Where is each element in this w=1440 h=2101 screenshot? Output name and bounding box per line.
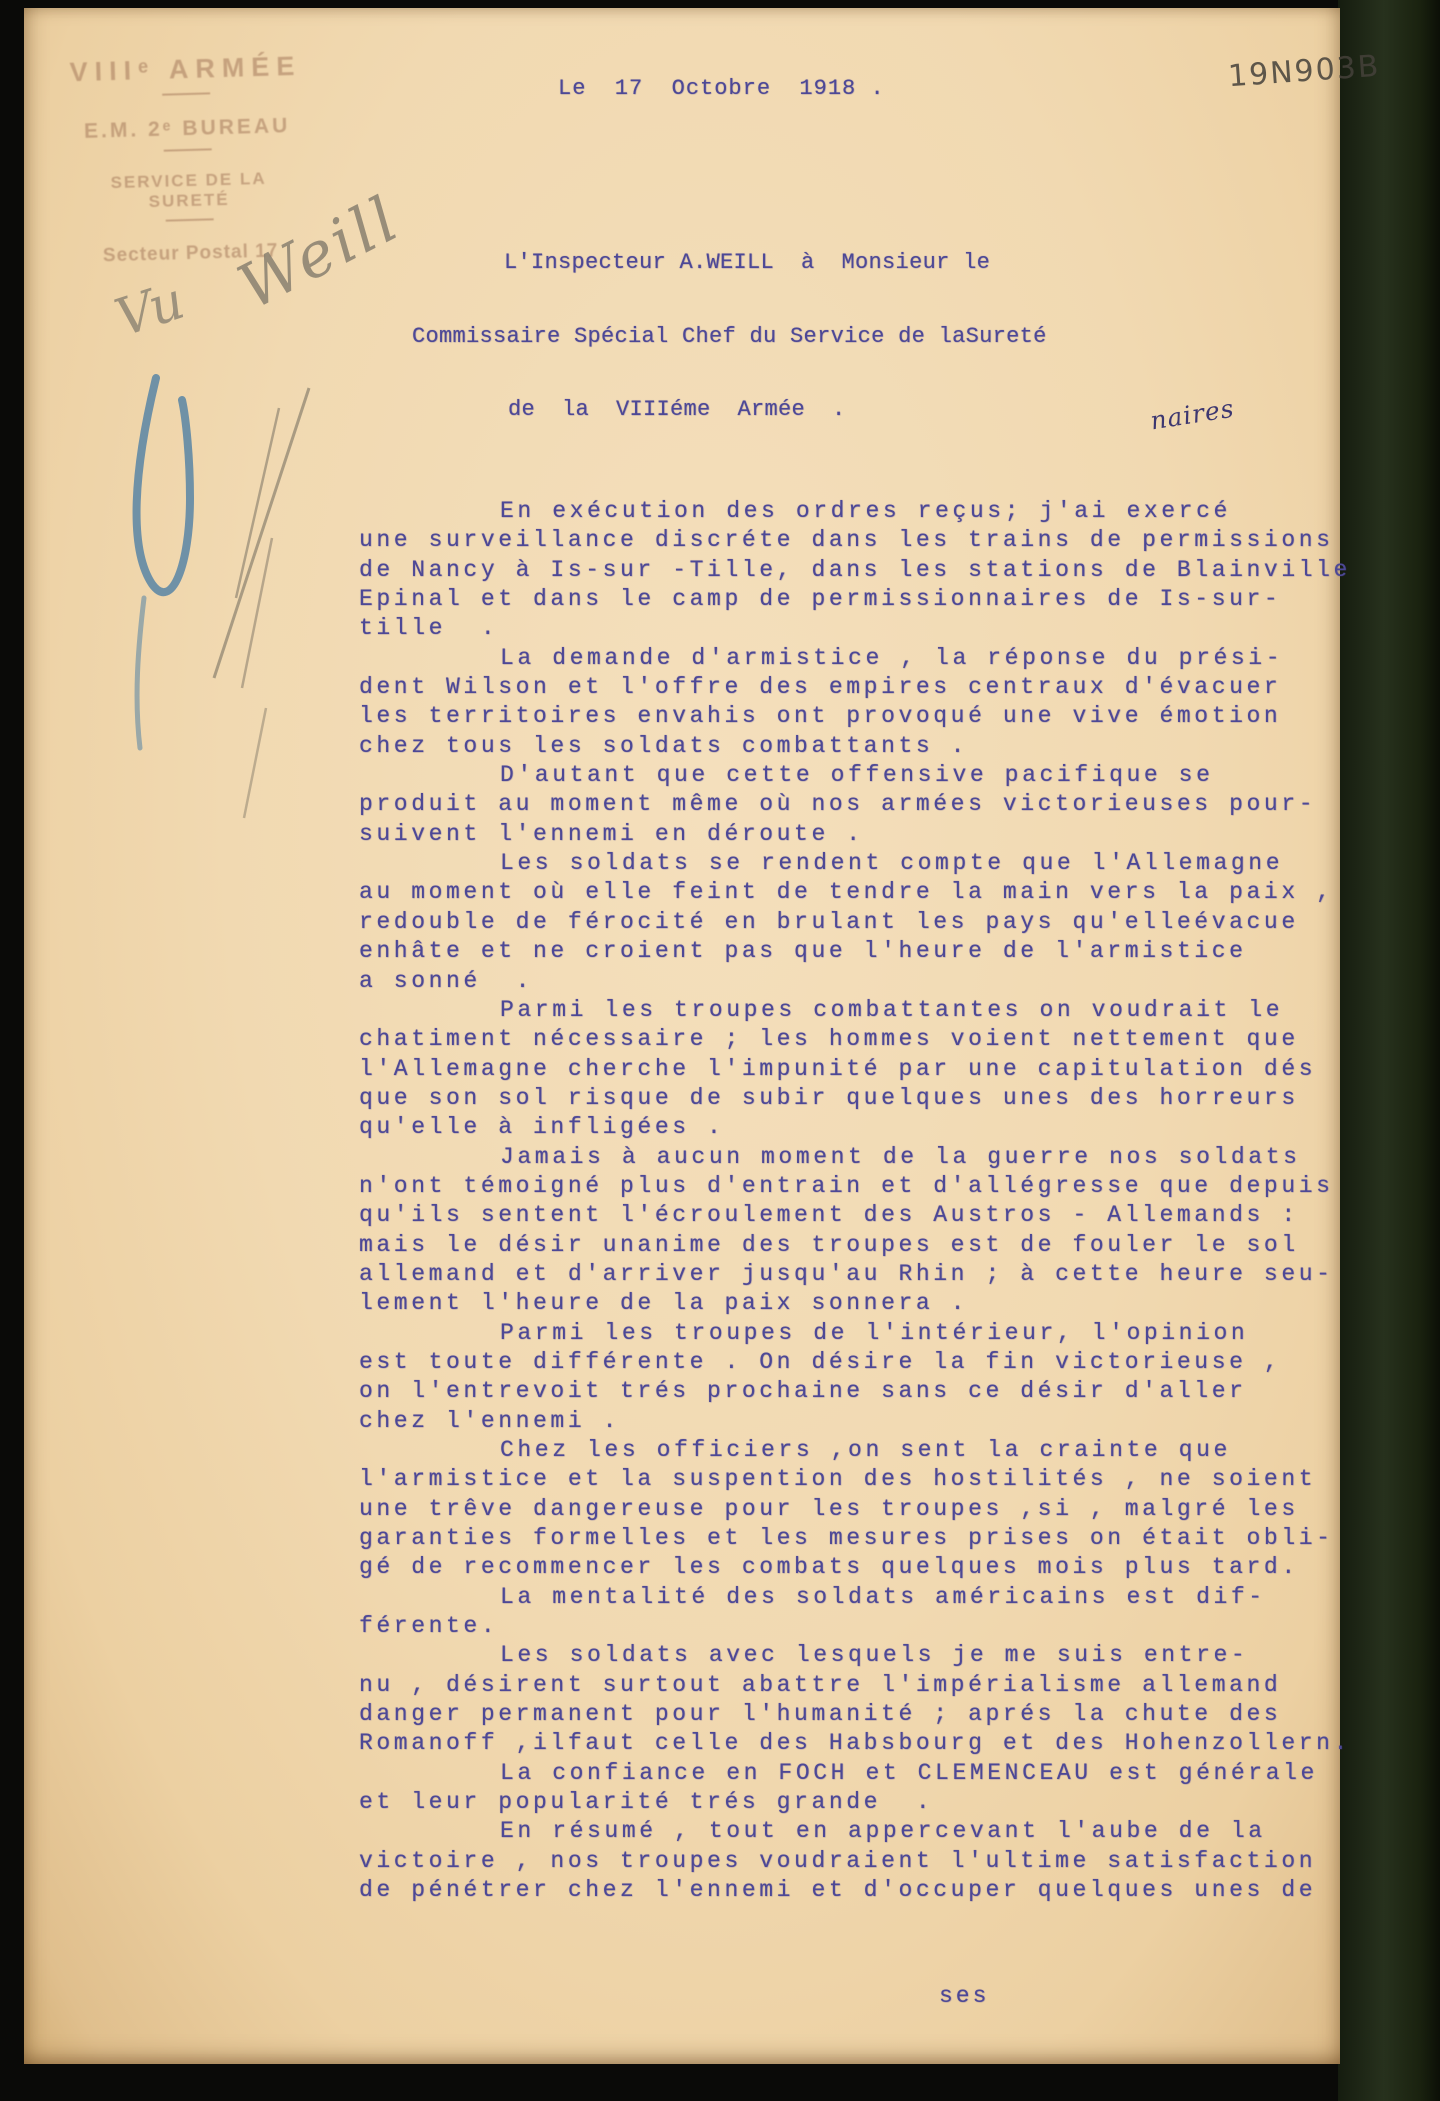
body-line: on l'entrevoit trés prochaine sans ce dé…: [359, 1377, 1369, 1406]
body-line: allemand et d'arriver jusqu'au Rhin ; à …: [359, 1260, 1369, 1289]
body-paragraph: Les soldats se rendent compte que l'Alle…: [359, 849, 1369, 996]
salutation-line: Commissaire Spécial Chef du Service de l…: [412, 325, 1052, 350]
body-line: qu'elle à infligées .: [359, 1113, 1369, 1142]
date-line: Le 17 Octobre 1918 .: [558, 76, 885, 101]
body-line: l'Allemagne cherche l'impunité par une c…: [359, 1055, 1369, 1084]
body-paragraph: La demande d'armistice , la réponse du p…: [359, 644, 1369, 761]
salutation-line: L'Inspecteur A.WEILL à Monsieur le: [504, 251, 1052, 276]
body-line: garanties formelles et les mesures prise…: [359, 1524, 1369, 1553]
margin-note-naires: naires: [1148, 394, 1236, 436]
body-line: une trêve dangereuse pour les troupes ,s…: [359, 1495, 1369, 1524]
body-line: Jamais à aucun moment de la guerre nos s…: [359, 1143, 1369, 1172]
handwritten-vu-mark: Vu: [108, 271, 191, 349]
body-line: chatiment nécessaire ; les hommes voient…: [359, 1025, 1369, 1054]
body-line: de pénétrer chez l'ennemi et d'occuper q…: [359, 1876, 1369, 1905]
body-line: que son sol risque de subir quelques une…: [359, 1084, 1369, 1113]
body-paragraph: En résumé , tout en appercevant l'aube d…: [359, 1817, 1369, 1905]
body-paragraph: Parmi les troupes combattantes on voudra…: [359, 996, 1369, 1143]
body-line: La demande d'armistice , la réponse du p…: [359, 644, 1369, 673]
body-line: Romanoff ,ilfaut celle des Habsbourg et …: [359, 1729, 1369, 1758]
blue-crayon-mark: [137, 378, 190, 592]
stamp-army-line: VIIIᵉ ARMÉE: [69, 51, 302, 88]
body-line: suivent l'ennemi en déroute .: [359, 820, 1369, 849]
body-line: Les soldats avec lesquels je me suis ent…: [359, 1641, 1369, 1670]
body-line: En exécution des ordres reçus; j'ai exer…: [359, 497, 1369, 526]
salutation-block: L'Inspecteur A.WEILL à Monsieur le Commi…: [412, 202, 1052, 472]
body-line: tille .: [359, 614, 1369, 643]
body-line: D'autant que cette offensive pacifique s…: [359, 761, 1369, 790]
body-paragraph: Les soldats avec lesquels je me suis ent…: [359, 1641, 1369, 1758]
body-line: mais le désir unanime des troupes est de…: [359, 1231, 1369, 1260]
body-paragraph: Jamais à aucun moment de la guerre nos s…: [359, 1143, 1369, 1319]
body-paragraph: Chez les officiers ,on sent la crainte q…: [359, 1436, 1369, 1583]
stamp-divider: [162, 92, 210, 95]
body-line: Parmi les troupes de l'intérieur, l'opin…: [359, 1319, 1369, 1348]
body-line: La confiance en FOCH et CLEMENCEAU est g…: [359, 1759, 1369, 1788]
body-line: a sonné .: [359, 967, 1369, 996]
body-line: une surveillance discréte dans les train…: [359, 526, 1369, 555]
body-line: gé de recommencer les combats quelques m…: [359, 1553, 1369, 1582]
pencil-stroke: [242, 538, 272, 688]
pencil-stroke: [236, 408, 279, 598]
body-line: chez tous les soldats combattants .: [359, 732, 1369, 761]
body-line: La mentalité des soldats américains est …: [359, 1583, 1369, 1612]
body-line: Les soldats se rendent compte que l'Alle…: [359, 849, 1369, 878]
body-line: Parmi les troupes combattantes on voudra…: [359, 996, 1369, 1025]
salutation-line: de la VIIIéme Armée .: [508, 398, 1052, 423]
body-paragraph: La mentalité des soldats américains est …: [359, 1583, 1369, 1642]
body-line: les territoires envahis ont provoqué une…: [359, 702, 1369, 731]
stamp-service-line: SERVICE DE LA SURETÉ: [72, 168, 305, 214]
blue-crayon-tail: [137, 598, 144, 748]
pencil-stroke: [214, 388, 309, 678]
body-paragraph: La confiance en FOCH et CLEMENCEAU est g…: [359, 1759, 1369, 1818]
body-line: qu'ils sentent l'écroulement des Austros…: [359, 1201, 1369, 1230]
body-line: En résumé , tout en appercevant l'aube d…: [359, 1817, 1369, 1846]
body-line: Chez les officiers ,on sent la crainte q…: [359, 1436, 1369, 1465]
body-paragraph: En exécution des ordres reçus; j'ai exer…: [359, 497, 1369, 644]
body-line: de Nancy à Is-sur -Tille, dans les stati…: [359, 556, 1369, 585]
body-line: Epinal et dans le camp de permissionnair…: [359, 585, 1369, 614]
body-line: dent Wilson et l'offre des empires centr…: [359, 673, 1369, 702]
stamp-bureau-line: E.M. 2ᵉ BUREAU: [71, 114, 304, 144]
body-line: victoire , nos troupes voudraient l'ulti…: [359, 1847, 1369, 1876]
paper: VIIIᵉ ARMÉE E.M. 2ᵉ BUREAU SERVICE DE LA…: [24, 8, 1340, 2064]
body-line: et leur popularité trés grande .: [359, 1788, 1369, 1817]
body-line: n'ont témoigné plus d'entrain et d'allég…: [359, 1172, 1369, 1201]
body-line: l'armistice et la suspention des hostili…: [359, 1465, 1369, 1494]
body-line: redouble de férocité en brulant les pays…: [359, 908, 1369, 937]
body-line: danger permanent pour l'humanité ; aprés…: [359, 1700, 1369, 1729]
body-paragraph: D'autant que cette offensive pacifique s…: [359, 761, 1369, 849]
scanned-letter-page: { "letter": { "date": "Le 17 Octobre 191…: [0, 0, 1440, 2101]
body-line: chez l'ennemi .: [359, 1407, 1369, 1436]
letter-body: En exécution des ordres reçus; j'ai exer…: [359, 497, 1369, 1906]
body-line: au moment où elle feint de tendre la mai…: [359, 878, 1369, 907]
stamp-divider: [166, 218, 214, 221]
body-line: est toute différente . On désire la fin …: [359, 1348, 1369, 1377]
pencil-stroke: [244, 708, 266, 818]
body-line: lement l'heure de la paix sonnera .: [359, 1289, 1369, 1318]
catchword: ses: [939, 1983, 989, 2009]
body-line: enhâte et ne croient pas que l'heure de …: [359, 937, 1369, 966]
body-line: nu , désirent surtout abattre l'impérial…: [359, 1671, 1369, 1700]
body-line: produit au moment même où nos armées vic…: [359, 790, 1369, 819]
body-line: férente.: [359, 1612, 1369, 1641]
body-paragraph: Parmi les troupes de l'intérieur, l'opin…: [359, 1319, 1369, 1436]
stamp-divider: [164, 148, 212, 151]
